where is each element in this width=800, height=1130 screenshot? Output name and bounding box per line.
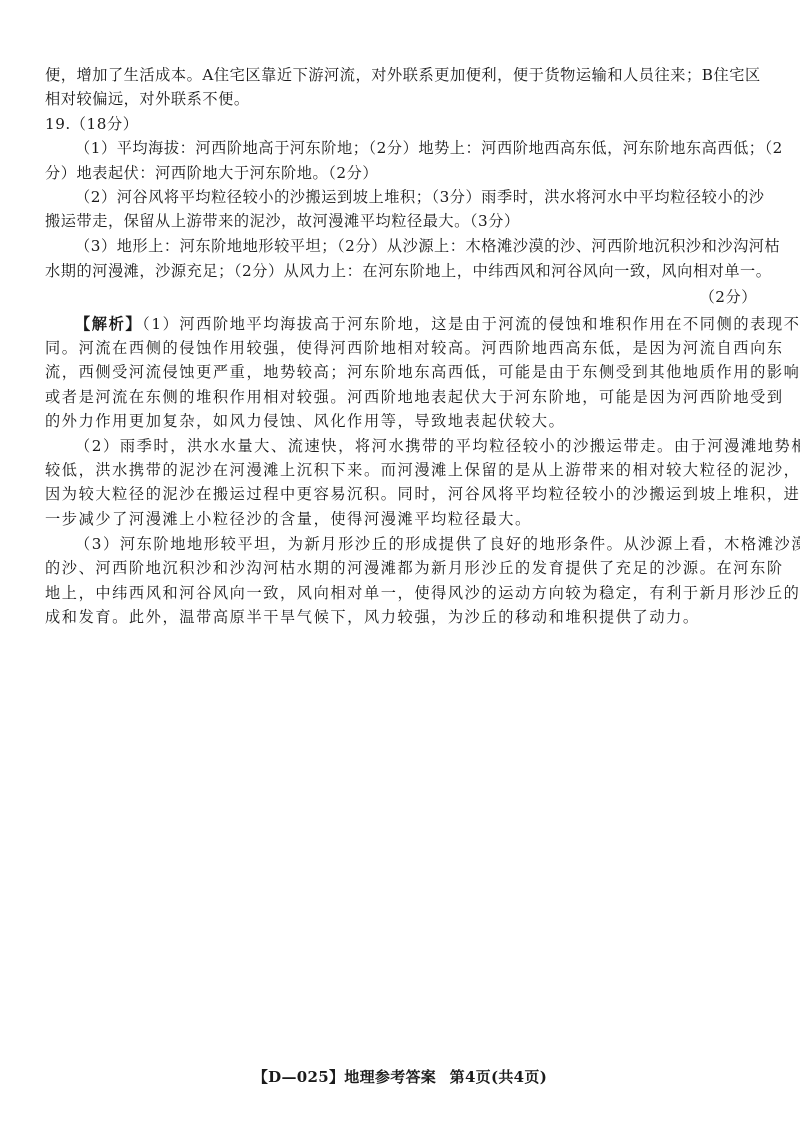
- analysis-part1-line-1-text: （1）河西阶地平均海拔高于河东阶地，这是由于河流的侵蚀和堆积作用在不同侧的表现不: [142, 315, 800, 333]
- answer-part3-score: （2分）: [45, 285, 757, 309]
- analysis-part1-line-2: 同。河流在西侧的侵蚀作用较强，使得河西阶地相对较高。河西阶地西高东低，是因为河流…: [45, 336, 757, 360]
- prev-answer-line-1: 便，增加了生活成本。A住宅区靠近下游河流，对外联系更加便利，便于货物运输和人员往…: [45, 63, 757, 87]
- analysis-part2-line-2: 较低，洪水携带的泥沙在河漫滩上沉积下来。而河漫滩上保留的是从上游带来的相对较大粒…: [45, 458, 757, 482]
- answer-part2-line-1: （2）河谷风将平均粒径较小的沙搬运到坡上堆积；（3分）雨季时，洪水将河水中平均粒…: [75, 185, 757, 209]
- analysis-part3-line-3: 地上，中纬西风和河谷风向一致，风向相对单一，使得风沙的运动方向较为稳定，有利于新…: [45, 581, 757, 605]
- analysis-label: 【解析】: [75, 315, 142, 333]
- analysis-part1-line-1: 【解析】（1）河西阶地平均海拔高于河东阶地，这是由于河流的侵蚀和堆积作用在不同侧…: [75, 312, 757, 336]
- footer-doc-code: 【D—025】地理参考答案: [253, 1068, 436, 1086]
- analysis-part2-line-3: 因为较大粒径的泥沙在搬运过程中更容易沉积。同时，河谷风将平均粒径较小的沙搬运到坡…: [45, 482, 757, 506]
- analysis-part3-line-1: （3）河东阶地地形较平坦，为新月形沙丘的形成提供了良好的地形条件。从沙源上看，木…: [75, 532, 757, 556]
- question-19-header: 19.（18分）: [45, 112, 757, 136]
- answer-part1-line-1: （1）平均海拔：河西阶地高于河东阶地；（2分）地势上：河西阶地西高东低，河东阶地…: [75, 136, 757, 160]
- answer-part1-line-2: 分）地表起伏：河西阶地大于河东阶地。（2分）: [45, 161, 757, 185]
- answer-part3-line-2: 水期的河漫滩，沙源充足；（2分）从风力上：在河东阶地上，中纬西风和河谷风向一致，…: [45, 259, 757, 283]
- analysis-part3-line-2: 的沙、河西阶地沉积沙和沙沟河枯水期的河漫滩都为新月形沙丘的发育提供了充足的沙源。…: [45, 556, 757, 580]
- answer-key-page: 便，增加了生活成本。A住宅区靠近下游河流，对外联系更加便利，便于货物运输和人员往…: [0, 0, 800, 1130]
- analysis-part1-line-5: 的外力作用更加复杂，如风力侵蚀、风化作用等，导致地表起伏较大。: [45, 409, 757, 433]
- page-footer: 【D—025】地理参考答案 第4页(共4页): [0, 1066, 800, 1087]
- answer-part2-line-2: 搬运带走，保留从上游带来的泥沙，故河漫滩平均粒径最大。（3分）: [45, 209, 757, 233]
- prev-answer-line-2: 相对较偏远，对外联系不便。: [45, 87, 757, 111]
- footer-page-number: 第4页(共4页): [450, 1068, 547, 1086]
- analysis-part2-line-1: （2）雨季时，洪水水量大、流速快，将河水携带的平均粒径较小的沙搬运带走。由于河漫…: [75, 434, 757, 458]
- analysis-part3-line-4: 成和发育。此外，温带高原半干旱气候下，风力较强，为沙丘的移动和堆积提供了动力。: [45, 605, 757, 629]
- answer-part3-line-1: （3）地形上：河东阶地地形较平坦；（2分）从沙源上：木格滩沙漠的沙、河西阶地沉积…: [75, 234, 757, 258]
- analysis-part1-line-4: 或者是河流在东侧的堆积作用相对较强。河西阶地地表起伏大于河东阶地，可能是因为河西…: [45, 385, 757, 409]
- analysis-part2-line-4: 一步减少了河漫滩上小粒径沙的含量，使得河漫滩平均粒径最大。: [45, 507, 757, 531]
- analysis-part1-line-3: 流，西侧受河流侵蚀更严重，地势较高；河东阶地东高西低，可能是由于东侧受到其他地质…: [45, 360, 757, 384]
